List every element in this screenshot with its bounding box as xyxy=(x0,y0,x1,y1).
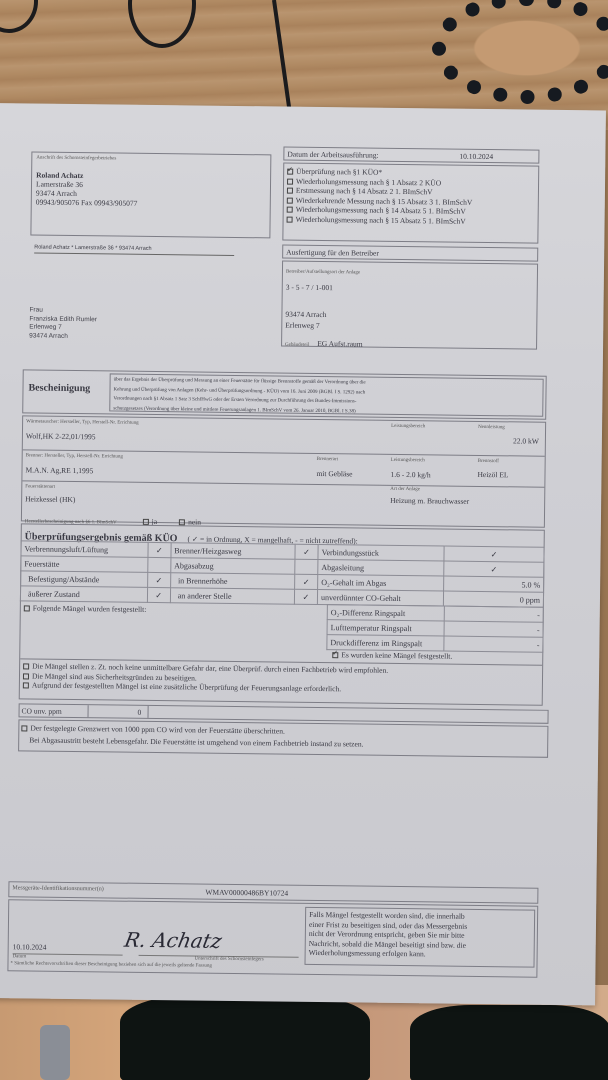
copy-for-label: Ausfertigung für den Betreiber xyxy=(286,248,379,258)
inspection-type-label: Überprüfung nach §1 KÜO* xyxy=(296,167,382,177)
notice-line: Wiederholungsmessung erfolgen kann. xyxy=(309,948,531,960)
checkbox-icon[interactable] xyxy=(287,217,293,223)
checkbox-icon[interactable] xyxy=(21,725,27,731)
co-warning-line2: Bei Abgasaustritt besteht Lebensgefahr. … xyxy=(29,735,363,749)
operator-city: 93474 Arrach xyxy=(285,310,326,320)
table-cell: ✓ xyxy=(444,546,544,562)
pen-object xyxy=(40,1025,70,1080)
building-part-label: Gebäudeteil xyxy=(285,343,309,348)
table-cell: Verbindungsstück xyxy=(318,544,444,561)
inspection-type-list: Überprüfung nach §1 KÜO*Wiederholungsmes… xyxy=(287,167,536,228)
table-cell: ✓ xyxy=(294,574,317,589)
firing-type-value: Heizkessel (HK) xyxy=(25,494,75,504)
work-date-label: Datum der Arbeitsausführung: xyxy=(287,150,378,160)
operator-id: 3 - 5 - 7 / 1-001 xyxy=(286,283,333,293)
table-cell: ✓ xyxy=(294,589,317,604)
fuel-label: Brennstoff xyxy=(478,459,499,464)
table-cell: ✓ xyxy=(147,572,170,587)
power-range-label: Leistungsbereich xyxy=(391,424,425,429)
work-date-value: 10.10.2024 xyxy=(459,152,493,161)
sender-box: Anschrift des Schornsteinfegerbetriebes … xyxy=(30,151,271,238)
checkbox-icon[interactable] xyxy=(24,605,30,611)
table-cell: Lufttemperatur Ringspalt xyxy=(327,620,444,636)
signature: R. Achatz xyxy=(123,928,224,953)
burner-label: Brenner: Hersteller, Typ, Herstell-Nr. E… xyxy=(26,453,123,459)
nominal-power-value: 22.0 kW xyxy=(513,436,539,445)
inspection-type-item[interactable]: Wiederholungsmessung nach § 15 Absatz 5 … xyxy=(287,215,535,228)
defect-notes: Die Mängel stellen z. Zt. noch keine unm… xyxy=(23,661,388,694)
recipient-city: 93474 Arrach xyxy=(29,332,97,341)
co-warning-line1[interactable]: Der festgelegte Grenzwert von 1000 ppm C… xyxy=(21,723,285,736)
checkbox-icon[interactable] xyxy=(287,197,293,203)
divider xyxy=(13,953,123,955)
fuel-value: Heizöl EL xyxy=(477,470,508,479)
table-cell: Verbrennungsluft/Lüftung xyxy=(21,541,148,558)
table-cell xyxy=(147,557,170,572)
checkbox-icon[interactable] xyxy=(23,663,29,669)
notice-box: Falls Mängel festgestellt worden sind, d… xyxy=(304,907,535,968)
co-warning: Der festgelegte Grenzwert von 1000 ppm C… xyxy=(18,719,548,757)
table-cell: - xyxy=(443,636,543,652)
results-table: Verbrennungsluft/Lüftung✓Brenner/Heizgas… xyxy=(20,540,545,607)
certificate-text: über das Ergebnis der Überprüfung und Me… xyxy=(109,373,543,416)
divider xyxy=(88,705,89,717)
defects-found[interactable]: Folgende Mängel wurden festgestellt: xyxy=(24,603,147,613)
date-label: Datum xyxy=(13,954,27,959)
table-cell: Druckdifferenz im Ringspalt xyxy=(327,635,444,651)
table-cell: 5.0 % xyxy=(444,576,544,592)
heat-exchanger-value: Wolf,HK 2-22,01/1995 xyxy=(26,431,96,441)
inspection-certificate: Anschrift des Schornsteinfegerbetriebes … xyxy=(0,103,606,1005)
table-cell: - xyxy=(444,606,544,622)
co-warning-text: Der festgelegte Grenzwert von 1000 ppm C… xyxy=(30,723,285,735)
table-cell: Befestigung/Abstände xyxy=(21,571,148,588)
plant-type-label: Art der Anlage xyxy=(390,487,420,492)
signature-label: Unterschrift des Schornsteinfegers xyxy=(195,957,264,963)
table-cell: Abgasabzug xyxy=(171,558,295,575)
inspection-type-box: Überprüfung nach §1 KÜO*Wiederholungsmes… xyxy=(282,163,539,244)
checkbox-icon[interactable] xyxy=(23,683,29,689)
burner-power-range-label: Leistungsbereich xyxy=(391,458,425,463)
table-cell: ✓ xyxy=(295,544,318,559)
table-cell: O₂-Differenz Ringspalt xyxy=(327,605,444,621)
inspection-type-label: Wiederholungsmessung nach § 15 Absatz 5 … xyxy=(296,215,466,226)
results-section: Überprüfungsergebnis gemäß KÜO ( ✓ = in … xyxy=(19,523,545,705)
burner-type-label: Brennerart xyxy=(317,457,338,462)
no-defects[interactable]: Es wurden keine Mängel festgestellt. xyxy=(332,650,452,660)
sender-phone: 09943/905076 Fax 09943/905077 xyxy=(36,198,138,208)
signature-section: 10.10.2024 Datum R. Achatz Unterschrift … xyxy=(7,899,538,977)
table-cell: Brenner/Heizgasweg xyxy=(171,543,295,560)
table-cell xyxy=(295,559,318,574)
sender-label: Anschrift des Schornsteinfegerbetriebes xyxy=(36,156,116,162)
building-part: Gebäudeteil EG Aufst.raum xyxy=(285,333,363,352)
recipient-address: Frau Franziska Edith Rumler Erlenweg 7 9… xyxy=(29,306,97,341)
table-cell: in Brennerhöhe xyxy=(170,573,294,590)
certificate-lines: über das Ergebnis der Überprüfung und Me… xyxy=(113,375,539,419)
table-cell: ✓ xyxy=(444,561,544,577)
plant-type-value: Heizung m. Brauchwasser xyxy=(390,496,469,506)
copy-for-box: Ausfertigung für den Betreiber xyxy=(282,245,538,262)
signature-date: 10.10.2024 xyxy=(13,942,47,951)
heat-exchanger-label: Wärmetauscher: Hersteller, Typ, Herstell… xyxy=(26,419,139,425)
table-cell: ✓ xyxy=(147,587,170,602)
no-defects-label: Es wurden keine Mängel festgestellt. xyxy=(341,650,452,660)
table-cell: an anderer Stelle xyxy=(170,588,294,605)
table-cell: O₂-Gehalt im Abgas xyxy=(318,574,444,591)
device-id-label: Messgeräte-Identifikationsnummer(n) xyxy=(12,885,103,892)
firing-type-label: Feuerstättenart xyxy=(25,484,55,489)
dark-object xyxy=(120,995,370,1080)
table-cell: Feuerstätte xyxy=(21,556,148,573)
operator-label: Betreiber/Aufstellungsort der Anlage xyxy=(286,270,360,276)
work-date-box: Datum der Arbeitsausführung: 10.10.2024 xyxy=(283,147,539,164)
footnote: * Sämtliche Rechtsvorschriften dieser Be… xyxy=(10,961,212,968)
co-label: CO unv. ppm xyxy=(22,706,62,715)
equipment-section: Wärmetauscher: Hersteller, Typ, Herstell… xyxy=(21,415,546,527)
table-cell: ✓ xyxy=(147,542,170,557)
certificate-title: Bescheinigung xyxy=(28,382,90,394)
certificate-header: Bescheinigung über das Ergebnis der Über… xyxy=(22,369,546,419)
dark-object xyxy=(410,1005,608,1080)
building-part-value: EG Aufst.raum xyxy=(317,339,363,349)
burner-power-range-value: 1.6 - 2.0 kg/h xyxy=(390,470,430,479)
defects-found-label: Folgende Mängel wurden festgestellt: xyxy=(33,604,147,614)
recipient-street: Erlenweg 7 xyxy=(29,323,97,332)
burner-value: M.A.N. Ag,RE 1,1995 xyxy=(25,465,93,475)
table-cell: Abgasleitung xyxy=(318,559,444,576)
checkbox-icon[interactable] xyxy=(287,188,293,194)
device-id-value: WMAV00000486BY10724 xyxy=(205,888,288,898)
nominal-power-label: Nennleistung xyxy=(478,425,505,430)
checkbox-checked-icon[interactable] xyxy=(287,169,293,175)
operator-box: Betreiber/Aufstellungsort der Anlage 3 -… xyxy=(281,261,538,350)
checkbox-icon[interactable] xyxy=(287,178,293,184)
return-address: Roland Achatz * Lamerstraße 36 * 93474 A… xyxy=(34,245,234,256)
table-cell: äußerer Zustand xyxy=(20,586,147,603)
operator-street: Erlenweg 7 xyxy=(285,321,319,330)
checkbox-icon[interactable] xyxy=(287,207,293,213)
table-cell: - xyxy=(444,621,544,637)
co-value: 0 xyxy=(138,708,142,717)
firing-row: Feuerstättenart Heizkessel (HK) Art der … xyxy=(22,481,544,527)
notice-text: Falls Mängel festgestellt worden sind, d… xyxy=(309,910,532,961)
sender-address: Roland Achatz Lamerstraße 36 93474 Arrac… xyxy=(36,171,138,208)
burner-type-value: mit Gebläse xyxy=(316,469,352,478)
checkbox-checked-icon[interactable] xyxy=(332,652,338,658)
checkbox-icon[interactable] xyxy=(23,673,29,679)
ring-gap-table: O₂-Differenz Ringspalt-Lufttemperatur Ri… xyxy=(326,604,544,653)
divider xyxy=(147,706,148,718)
